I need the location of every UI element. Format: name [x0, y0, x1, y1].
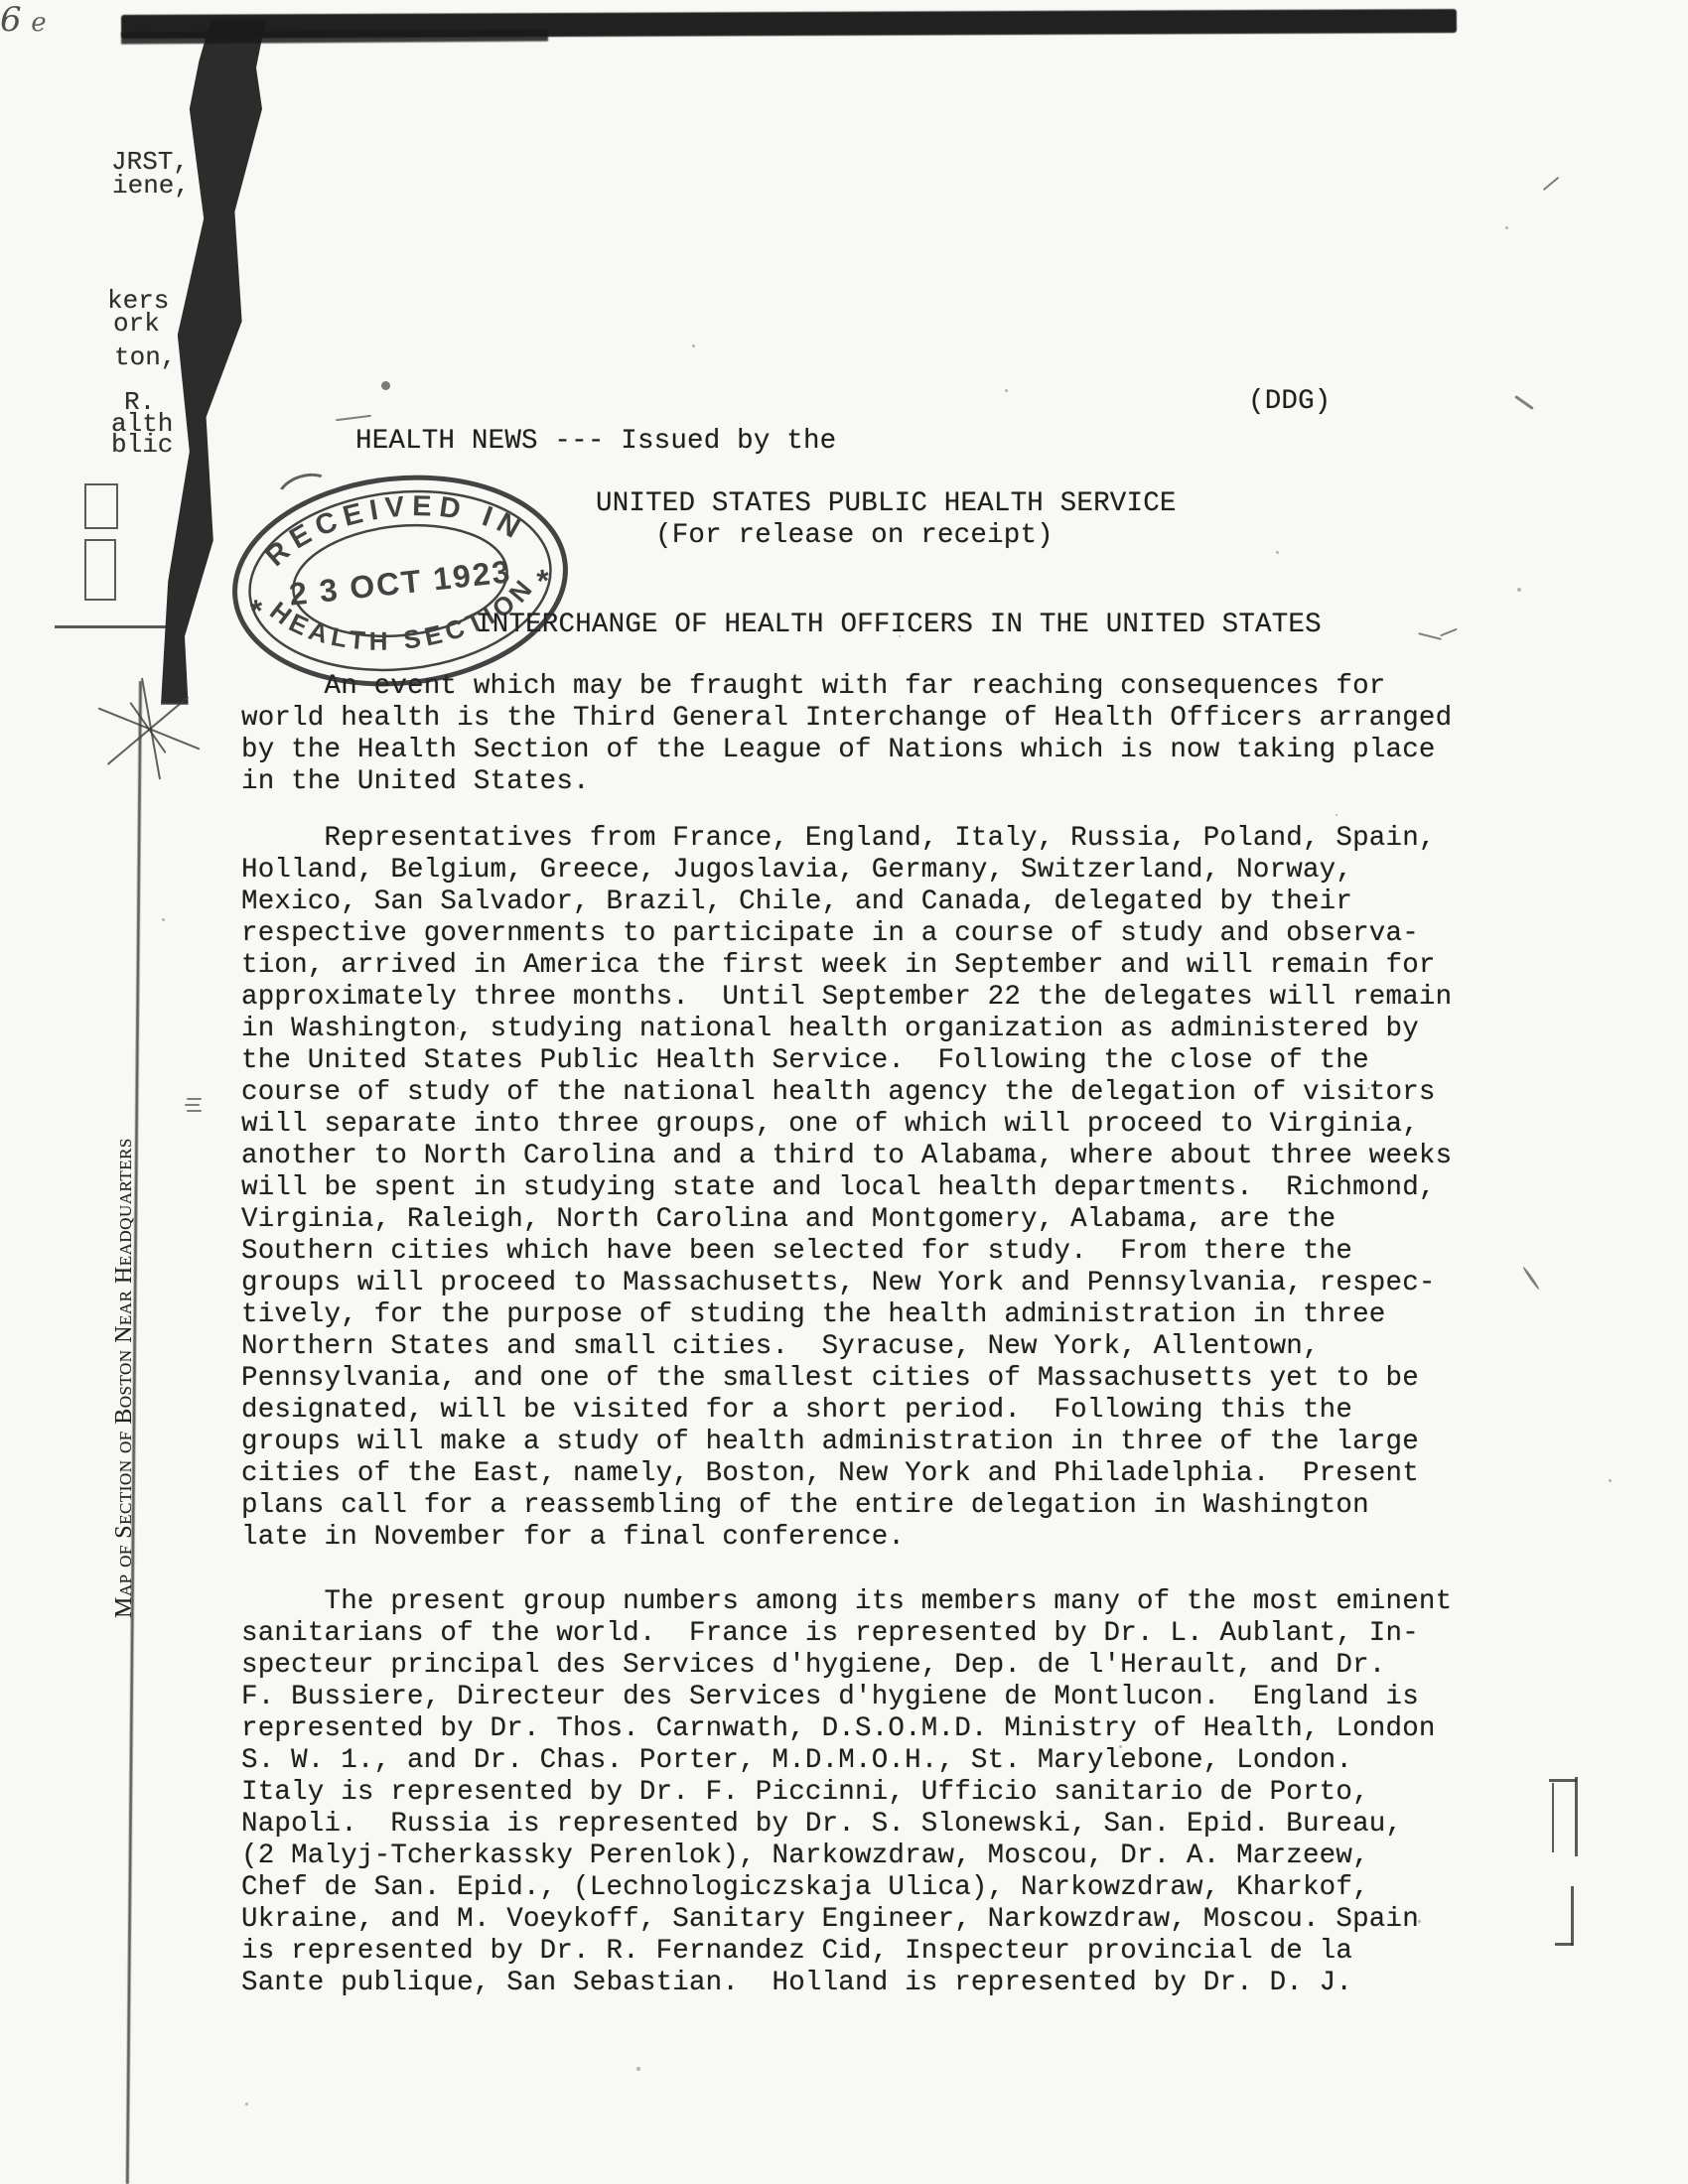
scanned-document-page: 6 e JRST, iene, kers ork ton,	[0, 0, 1688, 2184]
agency-line: UNITED STATES PUBLIC HEALTH SERVICE	[596, 488, 1177, 520]
pen-mark-six: 6	[0, 0, 22, 40]
body-paragraph-1: An event which may be fraught with far r…	[241, 671, 1452, 798]
margin-fragment: ork	[113, 309, 160, 339]
stamp-date: 2 3 OCT 1923	[287, 553, 513, 612]
chevron-mark	[1440, 628, 1457, 637]
scan-artifact-top-bar-thick	[121, 29, 548, 44]
map-fragment-box	[84, 483, 118, 529]
margin-fragment: ton,	[114, 342, 176, 372]
pen-dash	[336, 415, 371, 421]
margin-fragment: blic	[111, 430, 173, 460]
pen-dash	[381, 381, 390, 390]
triple-tick	[185, 1104, 200, 1106]
received-stamp-graphic: RECEIVED IN HEALTH SECTION 2 3 OCT 1923 …	[216, 455, 585, 706]
body-paragraph-3: The present group numbers among its memb…	[241, 1586, 1452, 1999]
masthead: HEALTH NEWS --- Issued by the	[355, 426, 836, 458]
margin-curve	[1522, 1266, 1541, 1291]
release-line: (For release on receipt)	[655, 520, 1054, 552]
scan-artifact-horizontal-line	[55, 625, 169, 628]
triple-tick	[187, 1098, 202, 1100]
triple-tick	[187, 1110, 202, 1112]
headline: INTERCHANGE OF HEALTH OFFICERS IN THE UN…	[476, 610, 1322, 641]
stamp-left-asterisk: *	[249, 593, 266, 629]
stamp-right-asterisk: *	[535, 562, 552, 599]
corner-tag: (DDG)	[1248, 386, 1332, 418]
chevron-mark	[1418, 632, 1442, 640]
margin-dash	[1543, 177, 1560, 191]
map-caption-vertical: Map of Section of Boston Near Headquarte…	[111, 1117, 143, 1618]
pen-mark-e: e	[31, 8, 46, 38]
body-paragraph-2: Representatives from France, England, It…	[241, 823, 1452, 1554]
received-stamp: RECEIVED IN HEALTH SECTION 2 3 OCT 1923 …	[216, 455, 585, 706]
margin-dash	[1514, 395, 1534, 410]
map-fragment-box	[84, 539, 116, 601]
margin-fragment: iene,	[112, 171, 190, 201]
